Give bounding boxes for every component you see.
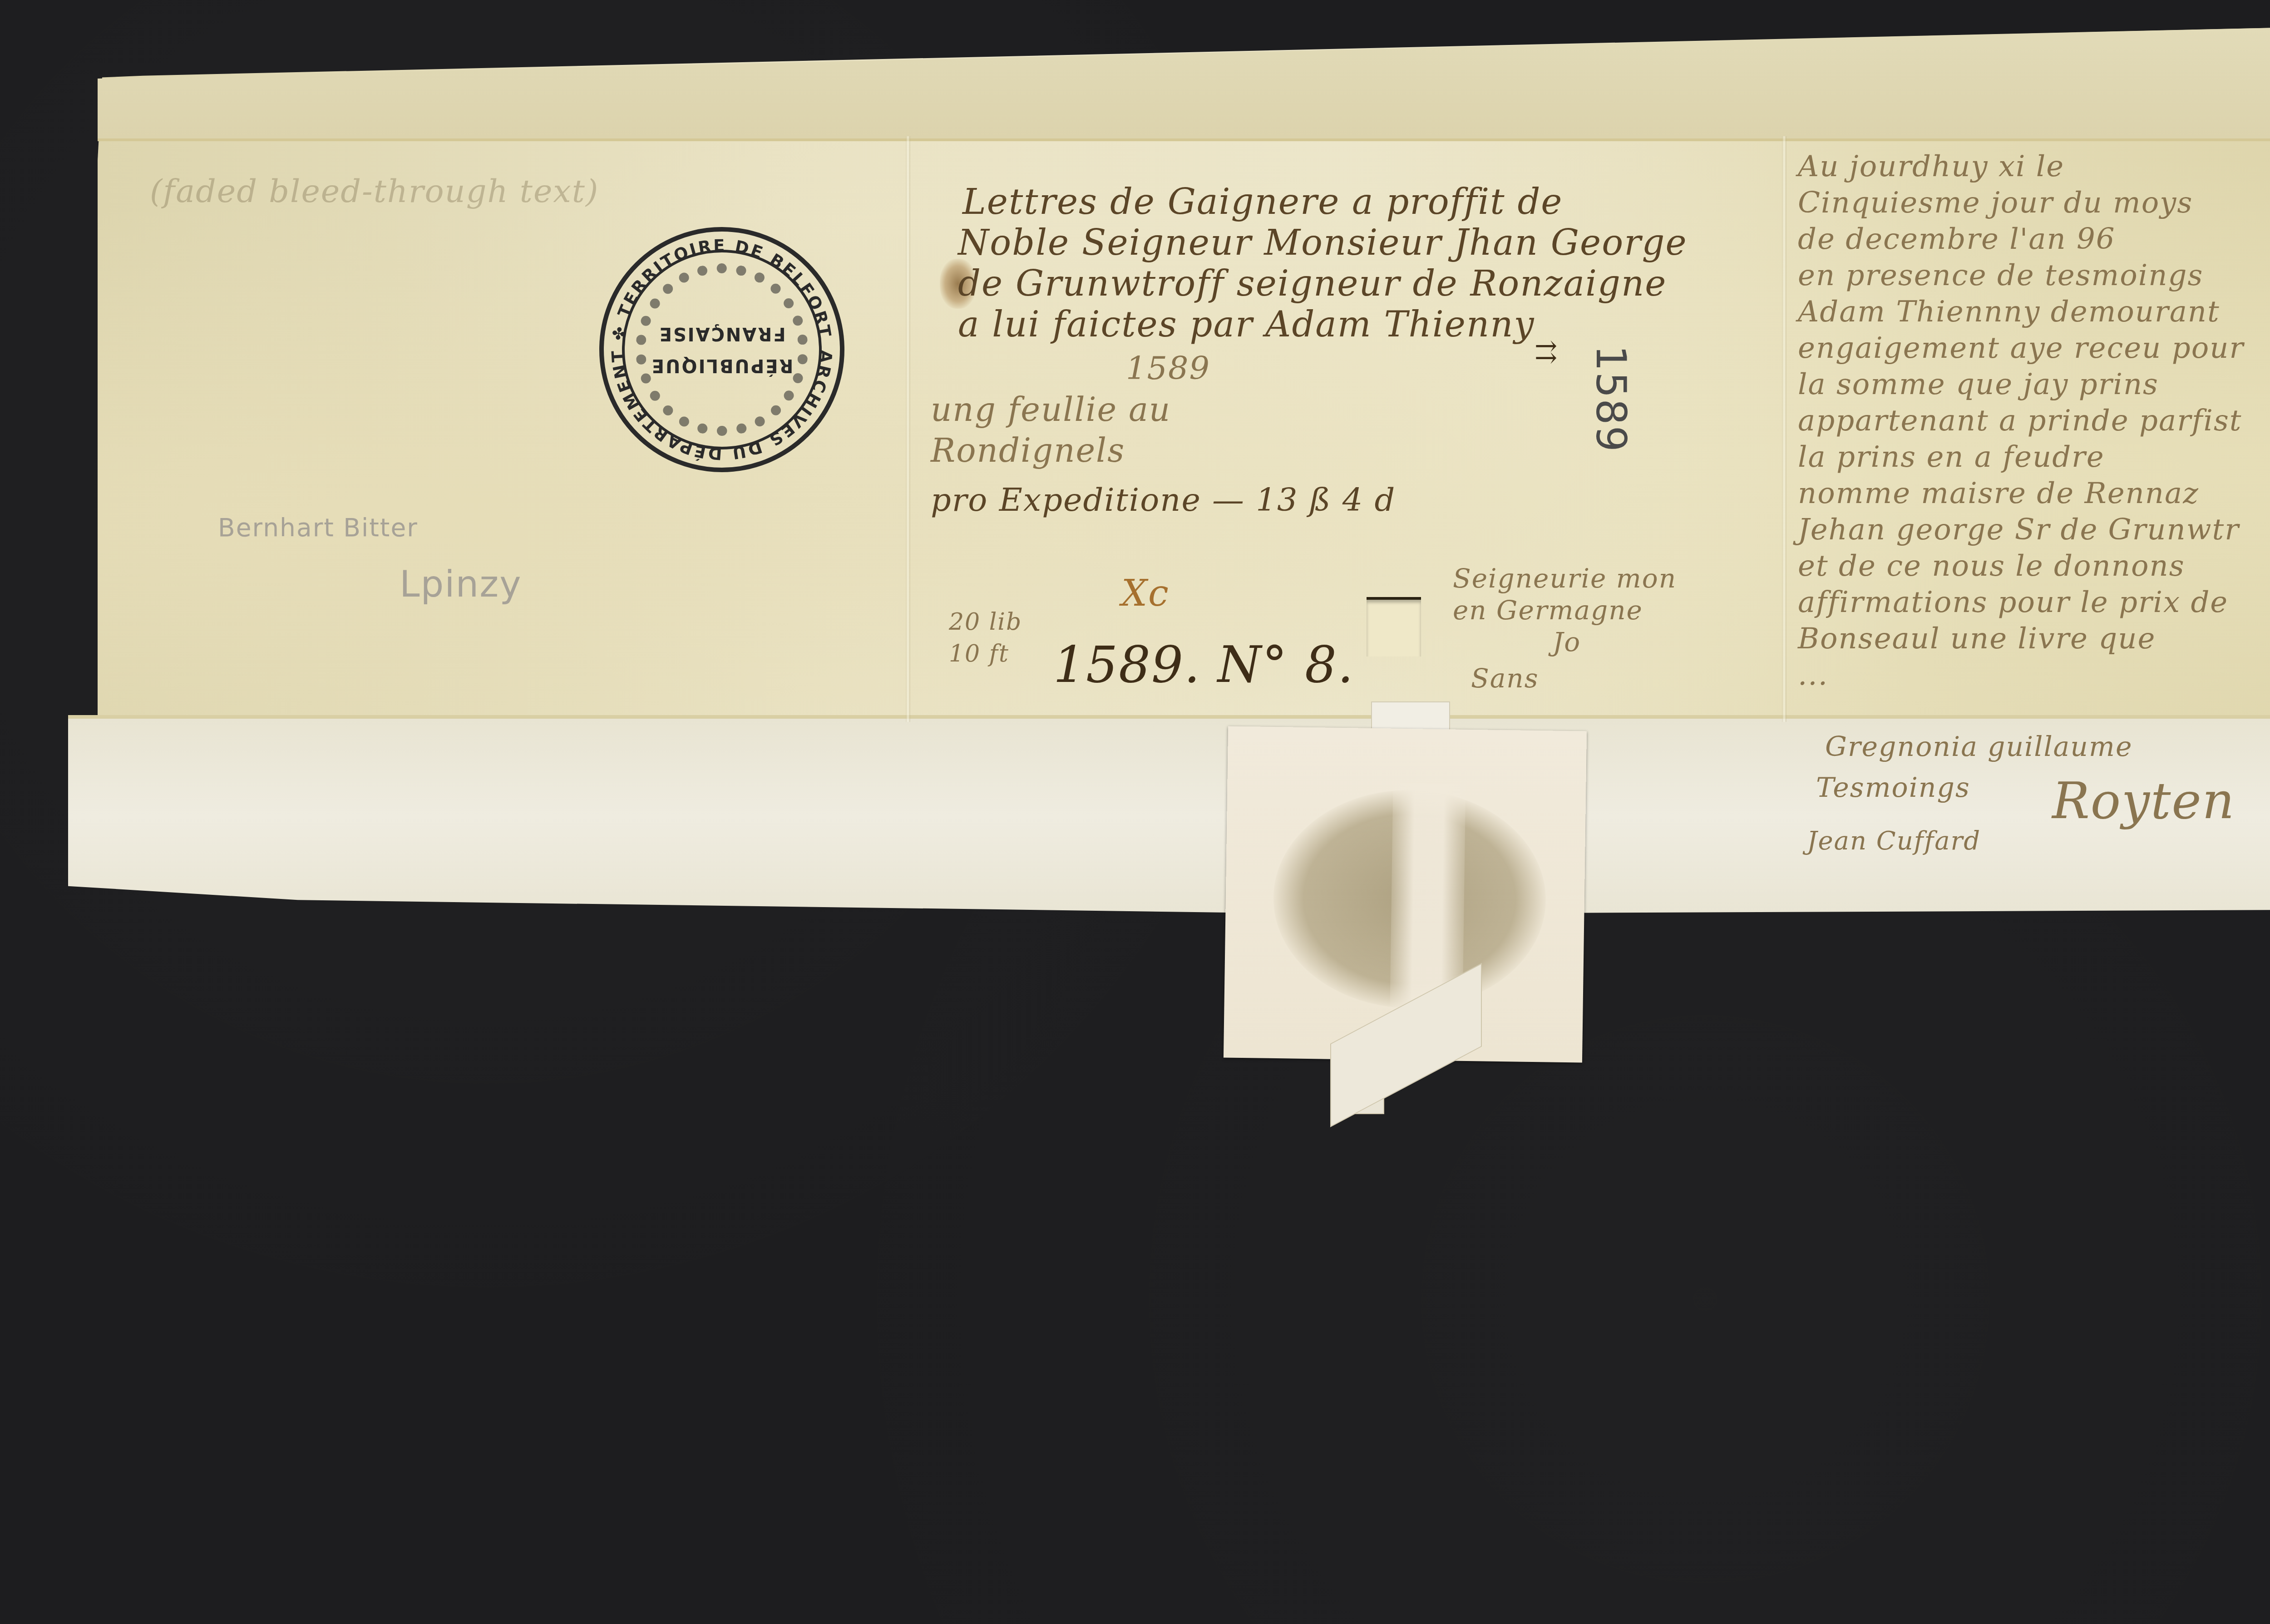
signature-line-3: Jo [1553,627,1581,657]
red-mark: Xc [1121,572,1170,614]
right-line-11: Jehan george Sr de Grunwtr [1798,513,2240,547]
archive-stamp: ARCHIVES DU DÉPARTEMENT ✤ TERRITOIRE DE … [599,227,844,472]
signature-witness-3: Jean Cuffard [1807,826,1981,856]
right-line-12: et de ce nous le donnons [1798,549,2185,583]
pencil-archive-number: 1589 [1587,345,1634,453]
right-line-15: ... [1798,658,1828,692]
right-line-4: en presence de tesmoings [1798,259,2203,292]
right-line-8: appartenant a prinde parfist [1798,404,2242,438]
stamp-center-line-1: RÉPUBLIQUE [651,350,794,381]
signature-line-1: Seigneurie mon [1453,563,1677,594]
right-line-6: engaigement aye receu pour [1798,331,2244,365]
stamp-center-line-2: FRANÇAISE [651,318,794,350]
faded-text: (faded bleed-through text) [150,173,599,210]
seal-slit [1367,597,1421,657]
arrow-mark-icon: ⇉ [1535,336,1558,368]
amount-line-1: 20 lib [949,608,1022,636]
main-date: 1589. N° 8. [1053,636,1354,694]
signature-line-4: Sans [1471,663,1539,694]
right-line-1: Au jourdhuy xi le [1798,150,2064,183]
title-line-4: a lui faictes par Adam Thienny [958,304,1535,345]
signature-witness-1: Gregnonia guillaume [1825,731,2132,763]
signature-main: Royten [2052,772,2235,830]
right-line-5: Adam Thiennny demourant [1798,295,2220,329]
title-line-2: Noble Seigneur Monsieur Jhan George [958,222,1688,263]
amount-line-2: 10 ft [949,640,1009,667]
right-line-9: la prins en a feudre [1798,440,2105,474]
note-line-3: pro Expeditione — 13 ß 4 d [931,481,1396,518]
vertical-fold-right [1782,136,1786,722]
signature-witness-2: Tesmoings [1816,772,1970,804]
pencil-signature: Lpinzy [400,563,522,605]
pencil-note: Bernhart Bitter [218,513,418,542]
title-line-1: Lettres de Gaignere a proffit de [962,182,1563,222]
note-line-1: ung feullie au [931,390,1171,429]
signature-line-2: en Germagne [1453,595,1643,626]
right-line-10: nomme maisre de Rennaz [1798,477,2199,510]
vertical-fold-left [906,136,910,722]
stamp-center-text: RÉPUBLIQUE FRANÇAISE [651,318,794,381]
right-line-14: Bonseaul une livre que [1798,622,2156,656]
date-note: 1589 [1126,350,1210,387]
right-line-13: affirmations pour le prix de [1798,586,2228,619]
right-line-7: la somme que jay prins [1798,368,2159,401]
note-line-2: Rondignels [931,431,1125,469]
right-line-2: Cinquiesme jour du moys [1798,186,2193,220]
title-line-3: de Grunwtroff seigneur de Ronzaigne [958,263,1667,304]
right-line-3: de decembre l'an 96 [1798,222,2115,256]
